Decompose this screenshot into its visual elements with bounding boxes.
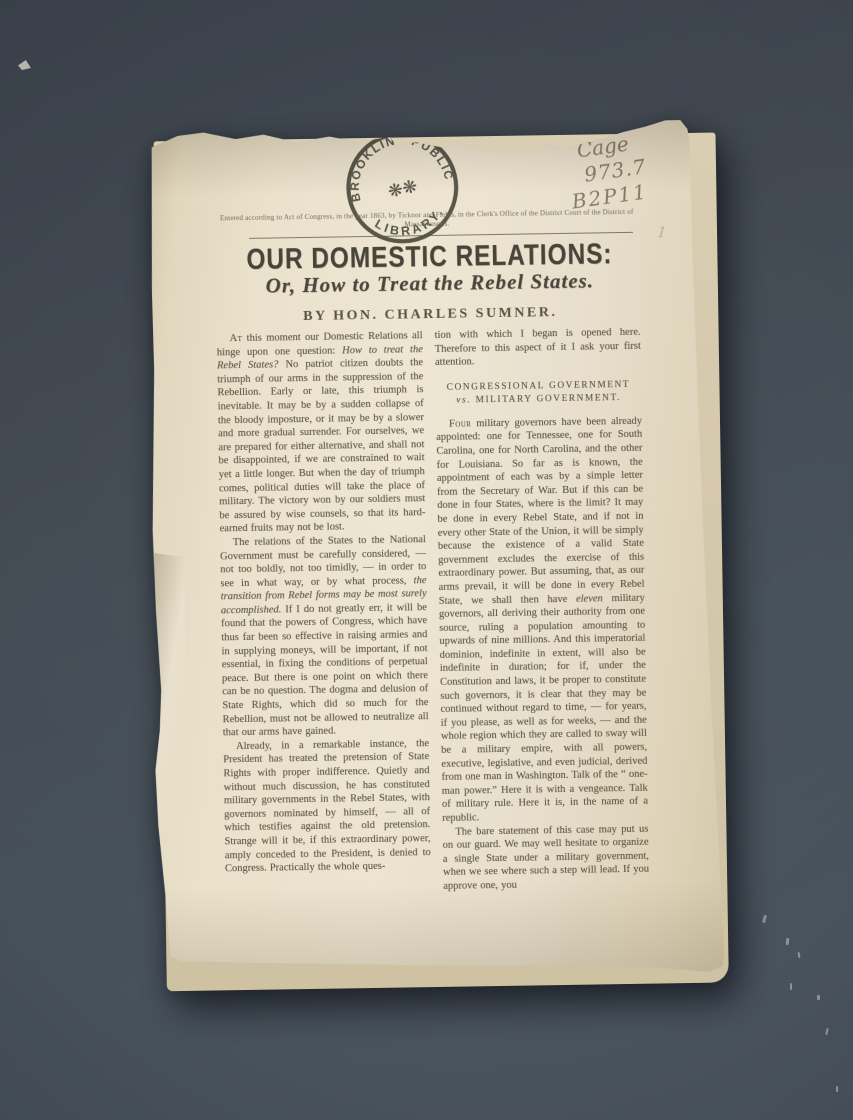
dust-speck: [762, 915, 767, 924]
dust-speck: [790, 983, 792, 990]
column-left: At this moment our Domestic Relations al…: [217, 329, 432, 897]
text-run: If I do not greatly err, it will be foun…: [221, 602, 429, 739]
section-heading: CONGRESSIONAL GOVERNMENT vs. MILITARY GO…: [437, 379, 639, 408]
dust-speck: [18, 60, 31, 70]
body-paragraph: tion with which I began is opened here. …: [435, 326, 642, 370]
byline: BY HON. CHARLES SUMNER.: [146, 303, 714, 328]
text-run: The bare statement of this case may put …: [443, 823, 650, 892]
text-run: Already, in a remarkable instance, the P…: [223, 738, 431, 875]
italic-text: eleven: [576, 593, 603, 604]
copyright-imprint: Entered according to Act of Congress, in…: [219, 208, 635, 233]
dust-speck: [797, 952, 800, 958]
column-right: tion with which I began is opened here. …: [435, 326, 650, 894]
pamphlet-front-page: BROOKLINE PUBLIC LIBRARY. ❋❋ Cage 973.7 …: [143, 117, 724, 984]
text-columns: At this moment our Domestic Relations al…: [217, 326, 650, 897]
text-run: Four: [449, 418, 471, 429]
text-run: The relations of the States to the Natio…: [220, 534, 426, 589]
photo-background: BROOKLINE PUBLIC LIBRARY. ❋❋ Cage 973.7 …: [0, 0, 853, 1120]
text-run: CONGRESSIONAL GOVERNMENT: [447, 380, 631, 393]
pamphlet: BROOKLINE PUBLIC LIBRARY. ❋❋ Cage 973.7 …: [143, 117, 724, 984]
text-run: MILITARY GOVERNMENT.: [471, 393, 621, 405]
text-run: tion with which I began is opened here. …: [435, 327, 641, 368]
text-run: At: [230, 333, 243, 344]
body-paragraph: Four military governors have been alread…: [436, 414, 648, 825]
text-run: military governors have been already app…: [436, 415, 644, 606]
body-paragraph: At this moment our Domestic Relations al…: [217, 329, 426, 536]
text-run: No patriot citizen doubts the triumph of…: [217, 357, 425, 534]
body-paragraph: Already, in a remarkable instance, the P…: [223, 737, 431, 876]
dust-speck: [825, 1028, 828, 1035]
text-run: military governors, all deriving their a…: [439, 592, 648, 824]
dust-speck: [786, 938, 790, 945]
body-paragraph: The relations of the States to the Natio…: [220, 533, 429, 740]
body-paragraph: The bare statement of this case may put …: [442, 822, 649, 893]
stamp-leaf-icon: ❋❋: [386, 177, 419, 203]
dust-speck: [817, 995, 820, 1000]
page-content: BROOKLINE PUBLIC LIBRARY. ❋❋ Cage 973.7 …: [143, 117, 724, 984]
italic-text: vs.: [456, 395, 471, 405]
dust-speck: [836, 1086, 838, 1092]
